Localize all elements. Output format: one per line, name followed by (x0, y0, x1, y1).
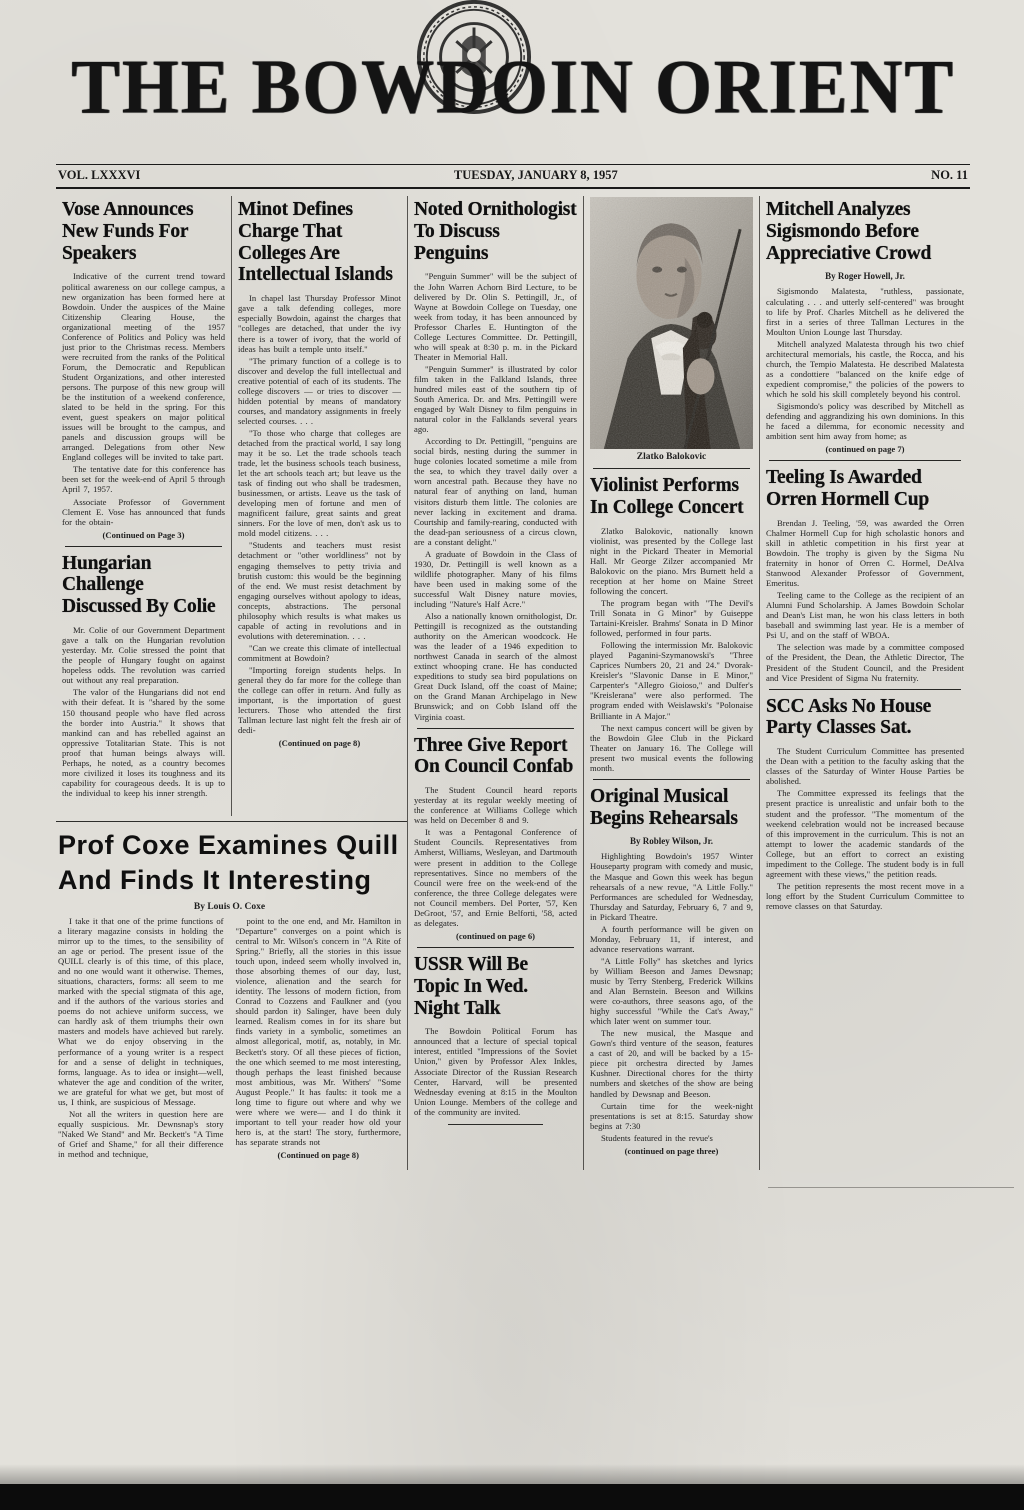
article-paragraph: Highlighting Bowdoin's 1957 Winter House… (590, 851, 753, 921)
article-paragraph: Not all the writers in question here are… (58, 1109, 224, 1159)
coxe-columns: I take it that one of the prime function… (58, 916, 401, 1164)
article-paragraph: Sigismondo's policy was described by Mit… (766, 401, 964, 441)
article-paragraph: Brendan J. Teeling, '59, was awarded the… (766, 518, 964, 588)
article-hungarian-challenge: Hungarian Challenge Discussed By ColieMr… (62, 553, 225, 798)
article-paragraph: Curtain time for the week-night presenta… (590, 1101, 753, 1131)
article-paragraph: point to the one end, and Mr. Hamilton i… (236, 916, 402, 1147)
article-paragraph: The new musical, the Masque and Gown's t… (590, 1028, 753, 1098)
article-divider (593, 779, 750, 780)
musical-headline: Original Musical Begins Rehearsals (590, 786, 753, 830)
vose-headline: Vose Announces New Funds For Speakers (62, 199, 225, 264)
article-paragraph: The valor of the Hungarians did not end … (62, 687, 225, 798)
article-paragraph: A fourth performance will be given on Mo… (590, 924, 753, 954)
issue-number: NO. 11 (931, 168, 968, 183)
article-paragraph: "Students and teachers must resist detac… (238, 540, 401, 640)
newspaper-page: THE BOWDOIN ORIENT VOL. LXXXVI TUESDAY, … (0, 0, 1024, 1510)
article-paragraph: In chapel last Thursday Professor Minot … (238, 293, 401, 353)
article-paragraph: The selection was made by a committee co… (766, 642, 964, 682)
issue-date: TUESDAY, JANUARY 8, 1957 (454, 168, 618, 183)
continued-line: (Continued on page 8) (238, 738, 401, 748)
article-paragraph: "The primary function of a college is to… (238, 356, 401, 426)
article-paragraph: It was a Pentagonal Conference of Studen… (414, 827, 577, 927)
article-paragraph: The Student Council heard reports yester… (414, 785, 577, 825)
article-paragraph: "Importing foreign students helps. In ge… (238, 665, 401, 735)
article-teeling-cup: Teeling Is Awarded Orren Hormell CupBren… (766, 467, 964, 682)
article-council-confab: Three Give Report On Council ConfabThe S… (414, 735, 577, 941)
article-paragraph: Following the intermission Mr. Balokovic… (590, 640, 753, 720)
continued-line: (Continued on page 8) (236, 1150, 402, 1160)
article-paragraph: I take it that one of the prime function… (58, 916, 224, 1107)
article-divider (417, 728, 574, 729)
musical-byline: By Robley Wilson, Jr. (590, 836, 753, 846)
bottom-shading (0, 1464, 1024, 1484)
article-paragraph: A graduate of Bowdoin in the Class of 19… (414, 549, 577, 609)
ussr-headline: USSR Will Be Topic In Wed. Night Talk (414, 954, 577, 1019)
scan-edge-bar (0, 1484, 1024, 1510)
text-column: point to the one end, and Mr. Hamilton i… (236, 916, 402, 1164)
article-paragraph: Teeling came to the College as the recip… (766, 590, 964, 640)
article-ussr-talk: USSR Will Be Topic In Wed. Night TalkThe… (414, 954, 577, 1117)
dateline: VOL. LXXXVI TUESDAY, JANUARY 8, 1957 NO.… (56, 164, 970, 189)
paper-crease (768, 1187, 1014, 1188)
column-2: Minot Defines Charge That Colleges Are I… (231, 196, 407, 816)
council-headline: Three Give Report On Council Confab (414, 735, 577, 779)
penguins-headline: Noted Ornithologist To Discuss Penguins (414, 199, 577, 264)
volume-label: VOL. LXXXVI (58, 168, 140, 183)
article-paragraph: "To those who charge that colleges are d… (238, 428, 401, 539)
article-paragraph: Mitchell analyzed Malatesta through his … (766, 339, 964, 399)
text-column: I take it that one of the prime function… (58, 916, 224, 1164)
photo-caption: Zlatko Balokovic (590, 452, 753, 462)
article-original-musical: Original Musical Begins RehearsalsBy Rob… (590, 786, 753, 1156)
column-3: Noted Ornithologist To Discuss Penguins"… (407, 196, 583, 1170)
continued-line: (continued on page three) (590, 1146, 753, 1156)
continued-line: (continued on page 7) (766, 444, 964, 454)
article-paragraph: "Penguin Summer" will be the subject of … (414, 271, 577, 361)
article-divider (769, 689, 961, 690)
article-coxe-quill: Prof Coxe Examines Quill And Finds It In… (56, 821, 407, 1170)
violinist-headline: Violinist Performs In College Concert (590, 475, 753, 519)
article-paragraph: The Student Curriculum Committee has pre… (766, 746, 964, 786)
article-paragraph: The Bowdoin Political Forum has announce… (414, 1026, 577, 1116)
article-violinist-concert: Violinist Performs In College ConcertZla… (590, 475, 753, 773)
article-mitchell-sigismondo: Mitchell Analyzes Sigismondo Before Appr… (766, 199, 964, 454)
article-paragraph: Zlatko Balokovic, nationally known violi… (590, 526, 753, 596)
mitchell-byline: By Roger Howell, Jr. (766, 271, 964, 281)
article-paragraph: Associate Professor of Government Clemen… (62, 497, 225, 527)
scc-headline: SCC Asks No House Party Classes Sat. (766, 696, 964, 740)
masthead: THE BOWDOIN ORIENT (56, 12, 970, 164)
halftone-portrait-image (590, 197, 753, 449)
column-4: Zlatko Balokovic Violinist Performs In C… (583, 196, 759, 1170)
article-paragraph: The Committee expressed its feelings tha… (766, 788, 964, 878)
article-minot-islands: Minot Defines Charge That Colleges Are I… (238, 199, 401, 748)
article-divider (593, 468, 750, 469)
article-paragraph: Mr. Colie of our Government Department g… (62, 625, 225, 685)
article-paragraph: The program began with "The Devil's Tril… (590, 598, 753, 638)
article-paragraph: "Can we create this climate of intellect… (238, 643, 401, 663)
minot-headline: Minot Defines Charge That Colleges Are I… (238, 199, 401, 286)
column-grid: Vose Announces New Funds For SpeakersInd… (56, 196, 970, 1170)
article-vose-funds: Vose Announces New Funds For SpeakersInd… (62, 199, 225, 540)
continued-line: (continued on page 6) (414, 931, 577, 941)
end-rule (448, 1124, 543, 1125)
coxe-headline: Prof Coxe Examines Quill And Finds It In… (58, 828, 401, 898)
article-paragraph: According to Dr. Pettingill, "penguins a… (414, 436, 577, 547)
paper-title: THE BOWDOIN ORIENT (56, 8, 970, 167)
article-paragraph: "Penguin Summer" is illustrated by color… (414, 364, 577, 434)
article-penguin-lecture: Noted Ornithologist To Discuss Penguins"… (414, 199, 577, 722)
article-divider (769, 460, 961, 461)
column-5: Mitchell Analyzes Sigismondo Before Appr… (759, 196, 970, 1170)
article-paragraph: Sigismondo Malatesta, "ruthless, passion… (766, 286, 964, 336)
continued-line: (Continued on Page 3) (62, 530, 225, 540)
article-paragraph: Also a nationally known ornithologist, D… (414, 611, 577, 722)
article-paragraph: "A Little Folly" has sketches and lyrics… (590, 956, 753, 1026)
column-1: Vose Announces New Funds For SpeakersInd… (56, 196, 231, 816)
article-divider (417, 947, 574, 948)
mitchell-headline: Mitchell Analyzes Sigismondo Before Appr… (766, 199, 964, 264)
article-paragraph: The petition represents the most recent … (766, 881, 964, 911)
article-scc-petition: SCC Asks No House Party Classes Sat.The … (766, 696, 964, 911)
article-paragraph: The next campus concert will be given by… (590, 723, 753, 773)
hungarian-headline: Hungarian Challenge Discussed By Colie (62, 553, 225, 618)
violinist-photo (590, 197, 753, 449)
article-paragraph: The tentative date for this conference h… (62, 464, 225, 494)
teeling-headline: Teeling Is Awarded Orren Hormell Cup (766, 467, 964, 511)
article-paragraph: Students featured in the revue's (590, 1133, 753, 1143)
coxe-byline: By Louis O. Coxe (58, 902, 401, 912)
article-paragraph: Indicative of the current trend toward p… (62, 271, 225, 462)
article-divider (65, 546, 222, 547)
